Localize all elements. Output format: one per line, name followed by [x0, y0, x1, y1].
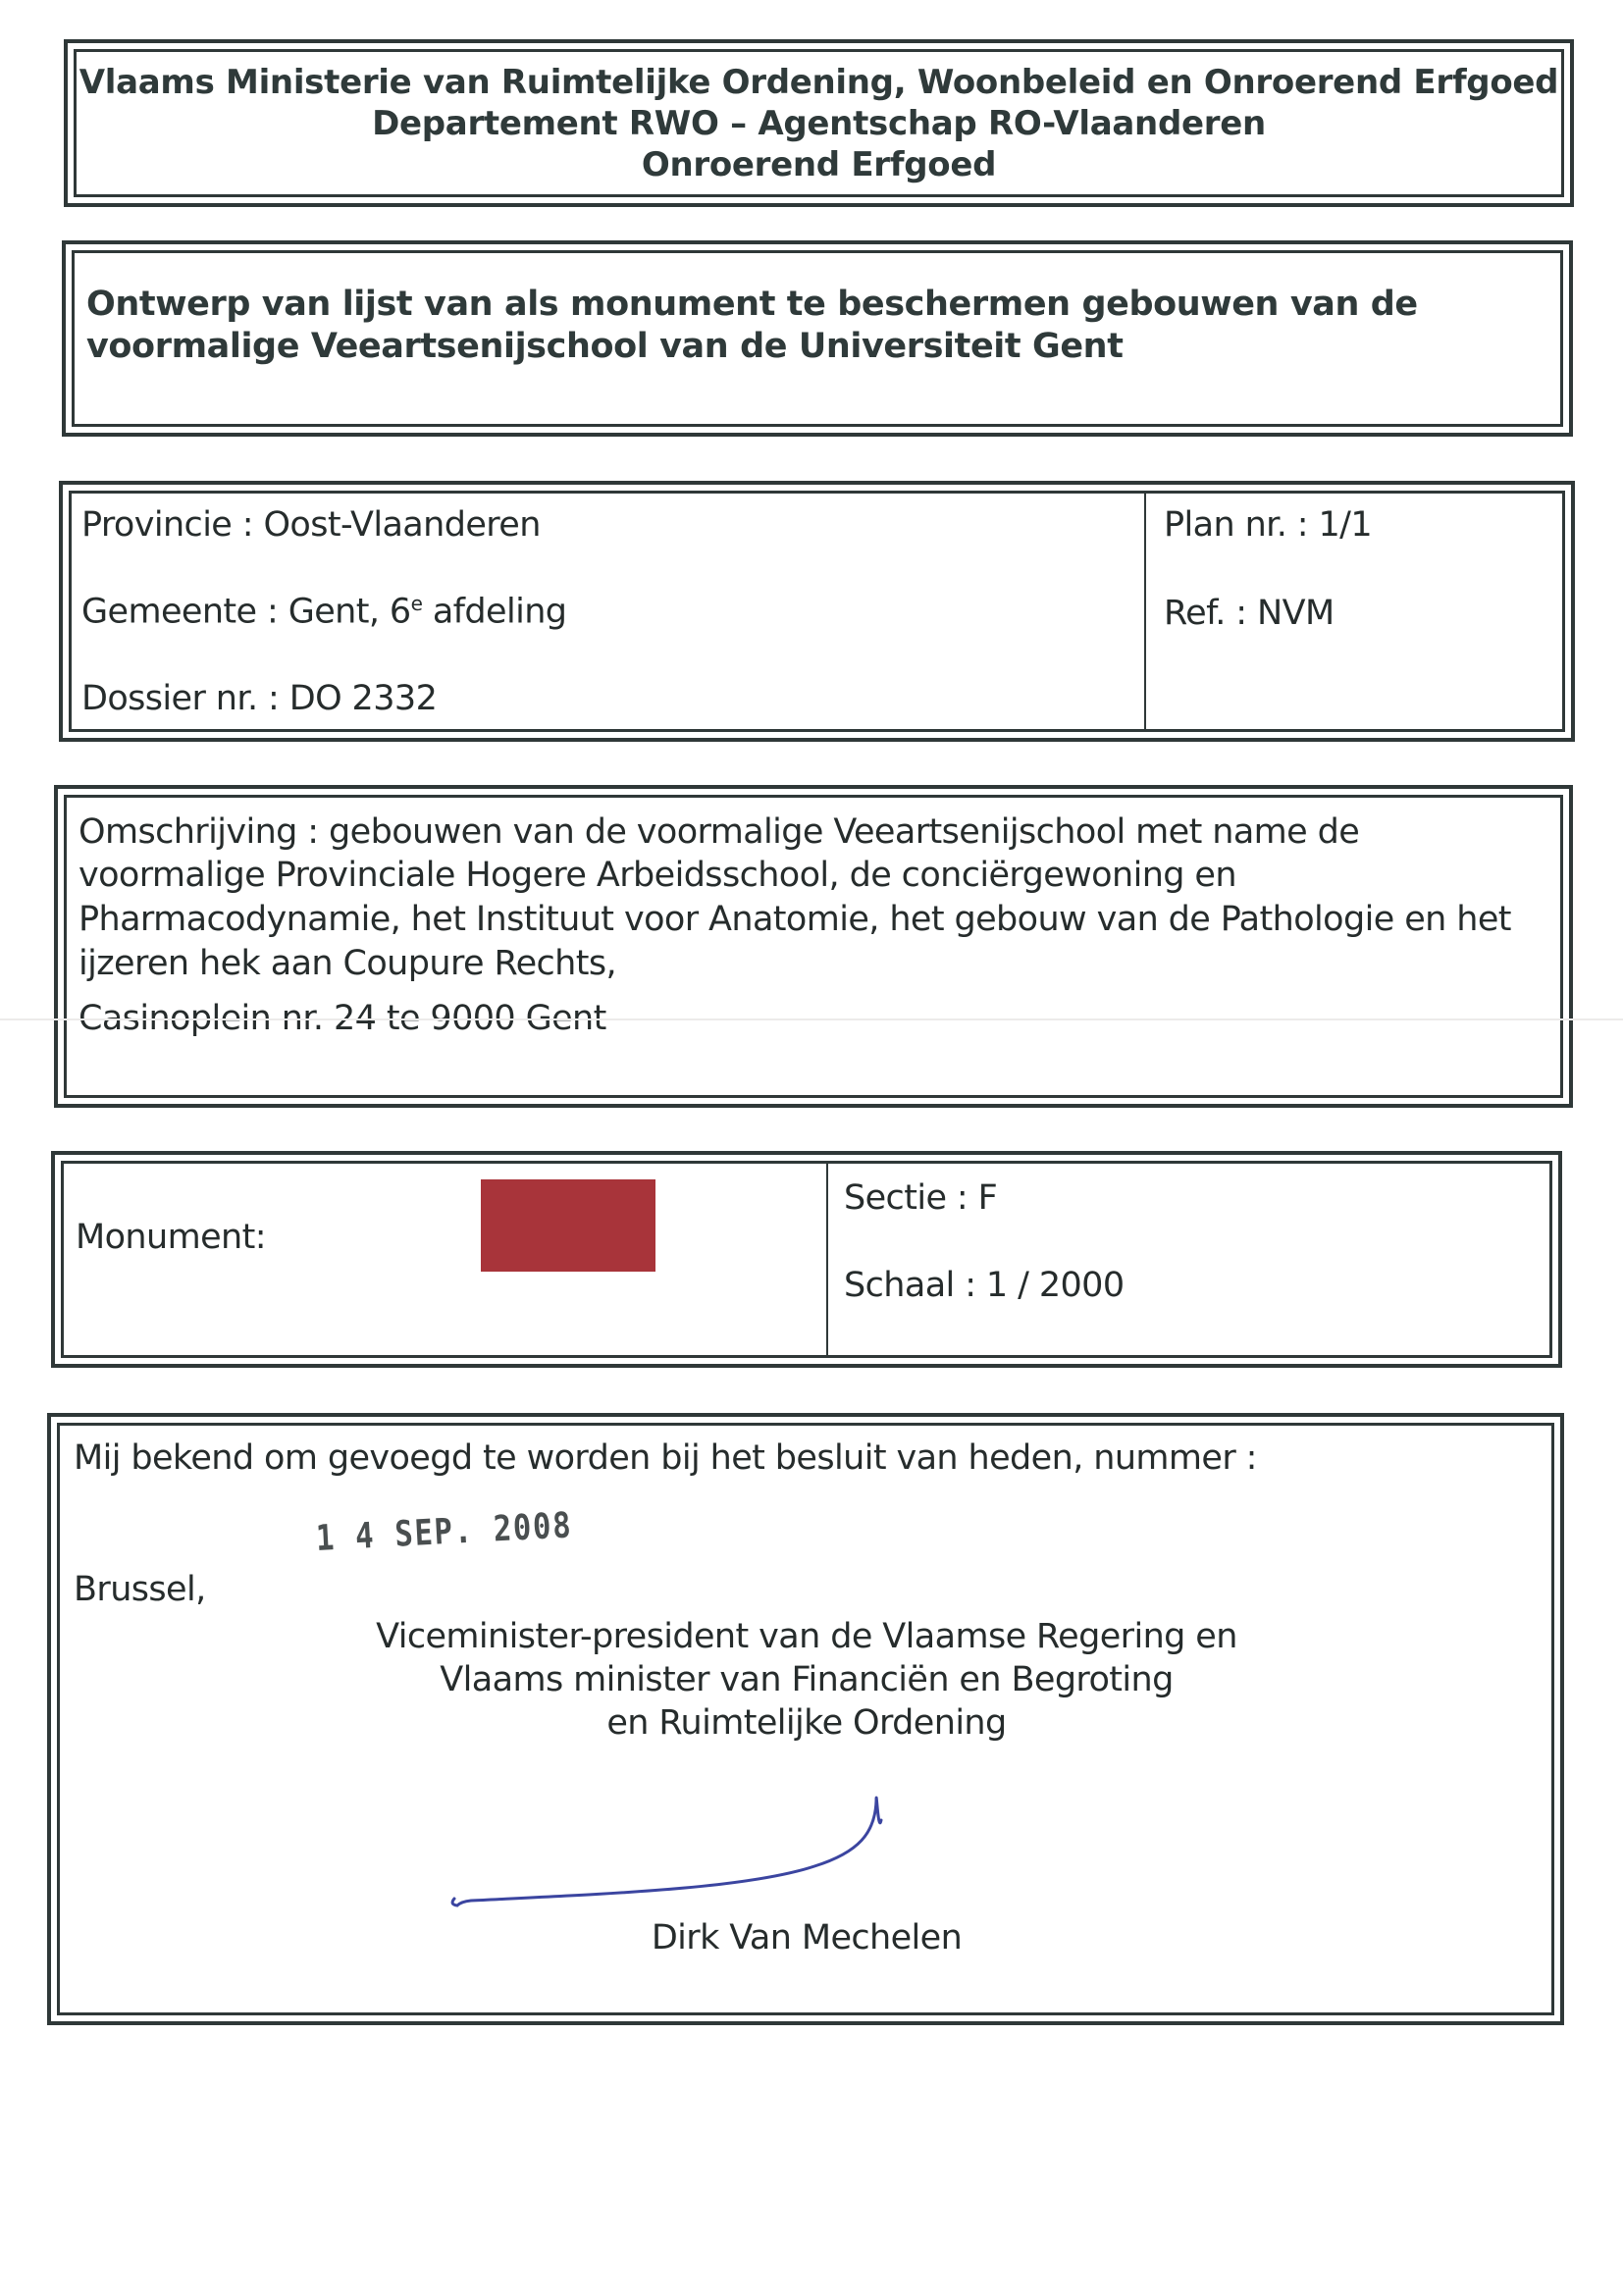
place-label: Brussel, — [74, 1570, 206, 1609]
monument-inner-border — [61, 1161, 1552, 1358]
provincie-field: Provincie : Oost-Vlaanderen — [81, 505, 541, 545]
sectie-field: Sectie : F — [844, 1178, 997, 1218]
gemeente-text: Gemeente : Gent, 6 — [81, 593, 411, 632]
monument-legend-box — [51, 1151, 1562, 1368]
agency-name: Onroerend Erfgoed — [64, 145, 1574, 184]
gemeente-suffix: afdeling — [422, 593, 566, 632]
signatory-title-line-2: Vlaams minister van Financiën en Begroti… — [370, 1660, 1243, 1699]
reference-field: Ref. : NVM — [1164, 594, 1335, 633]
plan-number-field: Plan nr. : 1/1 — [1164, 505, 1372, 545]
scan-artifact-line — [0, 1018, 1623, 1020]
document-title-line-1: Ontwerp van lijst van als monument te be… — [86, 285, 1418, 324]
signatory-title-line-1: Viceminister-president van de Vlaamse Re… — [370, 1617, 1243, 1656]
monument-column-divider — [826, 1163, 828, 1356]
signatory-title-line-3: en Ruimtelijke Ordening — [370, 1703, 1243, 1743]
gemeente-superscript: e — [411, 592, 423, 615]
decision-statement: Mij bekend om gevoegd te worden bij het … — [74, 1438, 1257, 1478]
description-line-2: voormalige Provinciale Hogere Arbeidssch… — [79, 856, 1236, 895]
ministry-name: Vlaams Ministerie van Ruimtelijke Ordeni… — [64, 63, 1574, 102]
gemeente-field: Gemeente : Gent, 6e afdeling — [81, 592, 566, 632]
signatory-name: Dirk Van Mechelen — [370, 1918, 1243, 1957]
info-column-divider — [1144, 494, 1146, 729]
dossier-field: Dossier nr. : DO 2332 — [81, 679, 437, 718]
department-name: Departement RWO – Agentschap RO-Vlaander… — [64, 104, 1574, 143]
monument-legend-swatch — [481, 1179, 655, 1272]
schaal-field: Schaal : 1 / 2000 — [844, 1266, 1125, 1305]
description-line-3: Pharmacodynamie, het Instituut voor Anat… — [79, 900, 1511, 939]
document-title-line-2: voormalige Veeartsenijschool van de Univ… — [86, 327, 1124, 366]
description-line-1: Omschrijving : gebouwen van de voormalig… — [79, 812, 1359, 852]
monument-label: Monument: — [76, 1218, 266, 1257]
description-line-4: ijzeren hek aan Coupure Rechts, — [79, 944, 616, 983]
